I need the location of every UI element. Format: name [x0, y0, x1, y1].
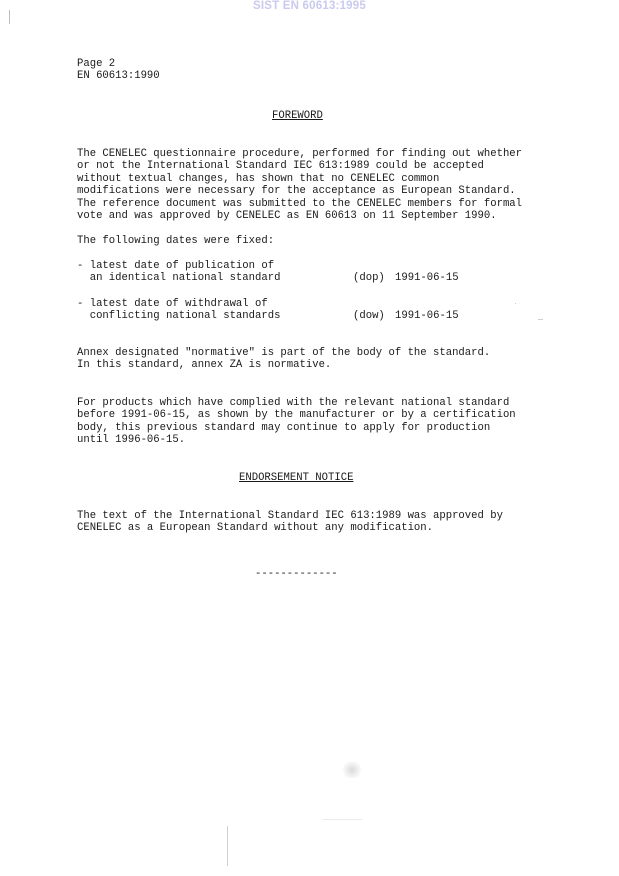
date-row-dow: - latest date of withdrawal of conflicti…: [77, 298, 102, 336]
scan-edge-mark: [9, 10, 10, 24]
scan-speck: [538, 319, 543, 320]
date-description: - latest date of publication of an ident…: [77, 260, 280, 285]
endorsement-text: The text of the International Standard I…: [77, 510, 503, 535]
date-value: 1991-06-15: [395, 272, 459, 284]
scan-smudge: [340, 762, 364, 778]
end-separator: -------------: [255, 568, 338, 580]
watermark: SIST EN 60613:1995: [0, 0, 619, 12]
date-description: - latest date of withdrawal of conflicti…: [77, 298, 280, 323]
dates-list: - latest date of publication of an ident…: [77, 260, 102, 336]
endorsement-heading: ENDORSEMENT NOTICE: [239, 472, 353, 484]
date-row-dop: - latest date of publication of an ident…: [77, 260, 102, 298]
foreword-paragraph: The CENELEC questionnaire procedure, per…: [77, 148, 522, 222]
date-abbreviation: (dow): [353, 310, 385, 322]
scan-speck: [515, 303, 516, 304]
date-abbreviation: (dop): [353, 272, 385, 284]
scan-line: [227, 826, 228, 866]
dates-intro: The following dates were fixed:: [77, 235, 274, 247]
document-id: EN 60613:1990: [77, 70, 160, 82]
foreword-heading: FOREWORD: [272, 110, 323, 122]
page-header: Page 2 EN 60613:1990: [77, 58, 160, 83]
transition-note: For products which have complied with th…: [77, 397, 516, 447]
annex-note: Annex designated "normative" is part of …: [77, 347, 490, 372]
date-value: 1991-06-15: [395, 310, 459, 322]
scan-speck: [322, 819, 362, 820]
page-number: Page 2: [77, 58, 115, 70]
